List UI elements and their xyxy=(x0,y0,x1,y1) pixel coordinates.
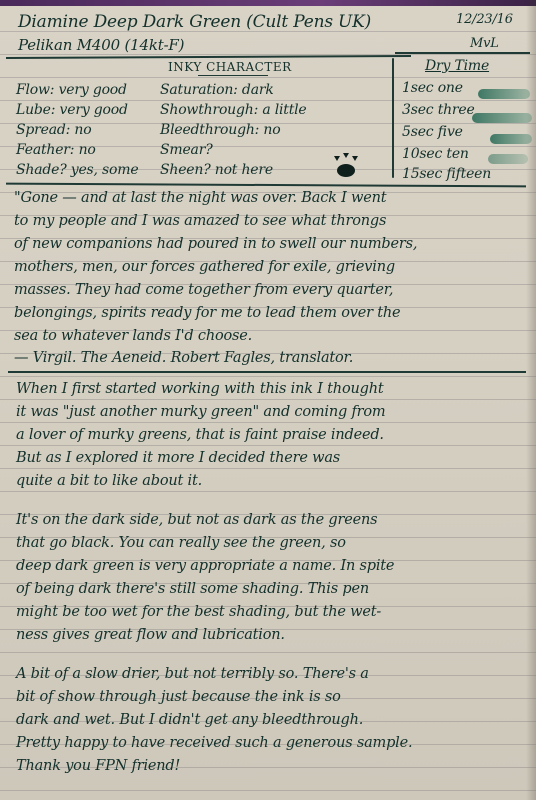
dry-time-3: 3sec three xyxy=(402,102,475,118)
header-divider xyxy=(6,55,411,59)
author-initials: MvL xyxy=(470,36,499,51)
blob-eye xyxy=(343,153,349,158)
property-saturation: Saturation: dark xyxy=(160,82,274,98)
quote-line: to my people and I was amazed to see wha… xyxy=(14,213,386,229)
dry-time-5: 5sec five xyxy=(402,124,463,140)
ink-swab xyxy=(488,154,528,164)
rule-line xyxy=(0,652,536,653)
paragraph-line: of being dark there's still some shading… xyxy=(16,581,369,597)
header-divider-right xyxy=(395,52,530,54)
blob-eye xyxy=(352,156,358,161)
rule-line xyxy=(0,790,536,791)
section-divider xyxy=(6,183,526,188)
quote-line: "Gone — and at last the night was over. … xyxy=(14,190,386,206)
rule-line xyxy=(0,468,536,469)
paragraph-line: It's on the dark side, but not as dark a… xyxy=(16,512,377,528)
paragraph-line: But as I explored it more I decided ther… xyxy=(16,450,340,466)
property-sheen: Sheen? not here xyxy=(160,162,273,178)
heading-underline xyxy=(198,75,268,76)
pen-name: Pelikan M400 (14kt-F) xyxy=(18,36,184,54)
paragraph-line: dark and wet. But I didn't get any bleed… xyxy=(16,712,363,728)
property-lube: Lube: very good xyxy=(16,102,128,118)
rule-line xyxy=(0,491,536,492)
ink-swab xyxy=(472,113,532,123)
rule-line xyxy=(0,77,536,78)
rule-line xyxy=(0,100,536,101)
dry-time-word: five xyxy=(438,124,463,140)
paragraph-line: bit of show through just because the ink… xyxy=(16,689,341,705)
dry-time-1: 1sec one xyxy=(402,80,463,96)
quote-attribution: — Virgil. The Aeneid. Robert Fagles, tra… xyxy=(14,350,353,366)
paragraph-line: quite a bit to like about it. xyxy=(16,473,202,489)
notebook-cover-edge xyxy=(0,0,536,6)
dry-time-10: 10sec ten xyxy=(402,146,469,162)
quote-line: mothers, men, our forces gathered for ex… xyxy=(14,259,395,275)
dry-time-word: one xyxy=(438,80,463,96)
paragraph-line: Thank you FPN friend! xyxy=(16,758,180,774)
quote-line: of new companions had poured in to swell… xyxy=(14,236,417,252)
dry-time-divider xyxy=(392,58,394,178)
dry-time-value: 10sec xyxy=(402,146,442,162)
quote-line: belongings, spirits ready for me to lead… xyxy=(14,305,400,321)
paragraph-line: a lover of murky greens, that is faint p… xyxy=(16,427,384,443)
paragraph-line: deep dark green is very appropriate a na… xyxy=(16,558,394,574)
paragraph-line: ness gives great flow and lubrication. xyxy=(16,627,285,643)
dry-time-value: 5sec xyxy=(402,124,433,140)
blob-eye xyxy=(334,156,340,161)
rule-line xyxy=(0,422,536,423)
quote-line: sea to whatever lands I'd choose. xyxy=(14,328,252,344)
paragraph-line: might be too wet for the best shading, b… xyxy=(16,604,381,620)
dry-time-value: 1sec xyxy=(402,80,433,96)
property-feather: Feather: no xyxy=(16,142,96,158)
property-flow: Flow: very good xyxy=(16,82,127,98)
rule-line xyxy=(0,445,536,446)
rule-line xyxy=(0,376,536,377)
blob-body xyxy=(337,164,355,177)
property-showthrough: Showthrough: a little xyxy=(160,102,307,118)
dry-time-value: 3sec xyxy=(402,102,433,118)
dry-time-15: 15sec fifteen xyxy=(402,166,491,182)
paragraph-line: Pretty happy to have received such a gen… xyxy=(16,735,412,751)
dry-time-word: three xyxy=(438,102,475,118)
quote-line: masses. They had come together from ever… xyxy=(14,282,393,298)
property-shade: Shade? yes, some xyxy=(16,162,138,178)
property-smear: Smear? xyxy=(160,142,213,158)
paragraph-line: A bit of a slow drier, but not terribly … xyxy=(16,666,369,682)
property-bleedthrough: Bleedthrough: no xyxy=(160,122,280,138)
paragraph-line: When I first started working with this i… xyxy=(16,381,383,397)
dry-time-value: 15sec xyxy=(402,166,442,182)
ink-swab xyxy=(490,134,532,144)
entry-date: 12/23/16 xyxy=(456,12,513,27)
inky-character-heading: INKY CHARACTER xyxy=(168,60,292,74)
paragraph-line: it was "just another murky green" and co… xyxy=(16,404,385,420)
rule-line xyxy=(0,399,536,400)
property-spread: Spread: no xyxy=(16,122,91,138)
paragraph-line: that go black. You can really see the gr… xyxy=(16,535,346,551)
ink-title: Diamine Deep Dark Green (Cult Pens UK) xyxy=(18,12,371,32)
ink-swab xyxy=(478,89,530,99)
dry-time-word: fifteen xyxy=(446,166,491,182)
quote-divider xyxy=(8,371,526,373)
dry-time-word: ten xyxy=(446,146,468,162)
dry-time-heading: Dry Time xyxy=(425,58,489,74)
